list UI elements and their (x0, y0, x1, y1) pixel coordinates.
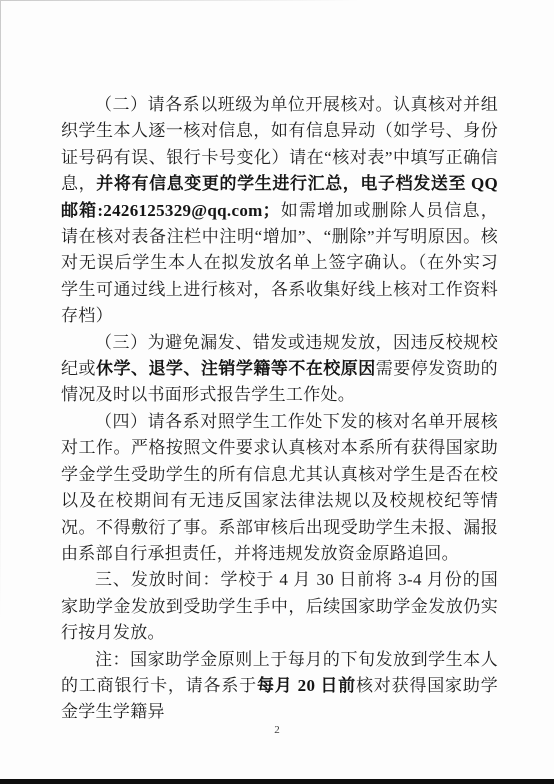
text-run: 三、发放时间：学校于 4 月 30 日前将 3-4 月份的国家助学金发放到受助学… (61, 570, 498, 642)
scan-edge-bottom-bar (0, 779, 554, 784)
paragraph-item-2-check-by-class: （二）请各系以班级为单位开展核对。认真核对并组织学生本人逐一核对信息，如有信息异… (61, 92, 498, 330)
document-text-body: （二）请各系以班级为单位开展核对。认真核对并组织学生本人逐一核对信息，如有信息异… (61, 92, 498, 726)
paragraph-section-3-payment-time: 三、发放时间：学校于 4 月 30 日前将 3-4 月份的国家助学金发放到受助学… (61, 567, 498, 646)
bold-text-run: 每月 20 日前 (257, 676, 356, 695)
bold-text-run: 休学、退学、注销学籍等不在校原因 (96, 359, 376, 378)
paragraph-note: 注：国家助学金原则上于每月的下旬发放到学生本人的工商银行卡，请各系于每月 20 … (61, 647, 498, 726)
scan-edge-left-line (0, 0, 1, 620)
page-number: 2 (0, 724, 554, 736)
text-run: （四）请各系对照学生工作处下发的核对名单开展核对工作。严格按照文件要求认真核对本… (61, 412, 498, 563)
paragraph-item-3-stop-payment: （三）为避免漏发、错发或违规发放，因违反校规校纪或休学、退学、注销学籍等不在校原… (61, 330, 498, 409)
scan-edge-top-line (0, 0, 360, 1)
paragraph-item-4-verify-list: （四）请各系对照学生工作处下发的核对名单开展核对工作。严格按照文件要求认真核对本… (61, 409, 498, 567)
scanned-document-page: （二）请各系以班级为单位开展核对。认真核对并组织学生本人逐一核对信息，如有信息异… (0, 0, 554, 784)
